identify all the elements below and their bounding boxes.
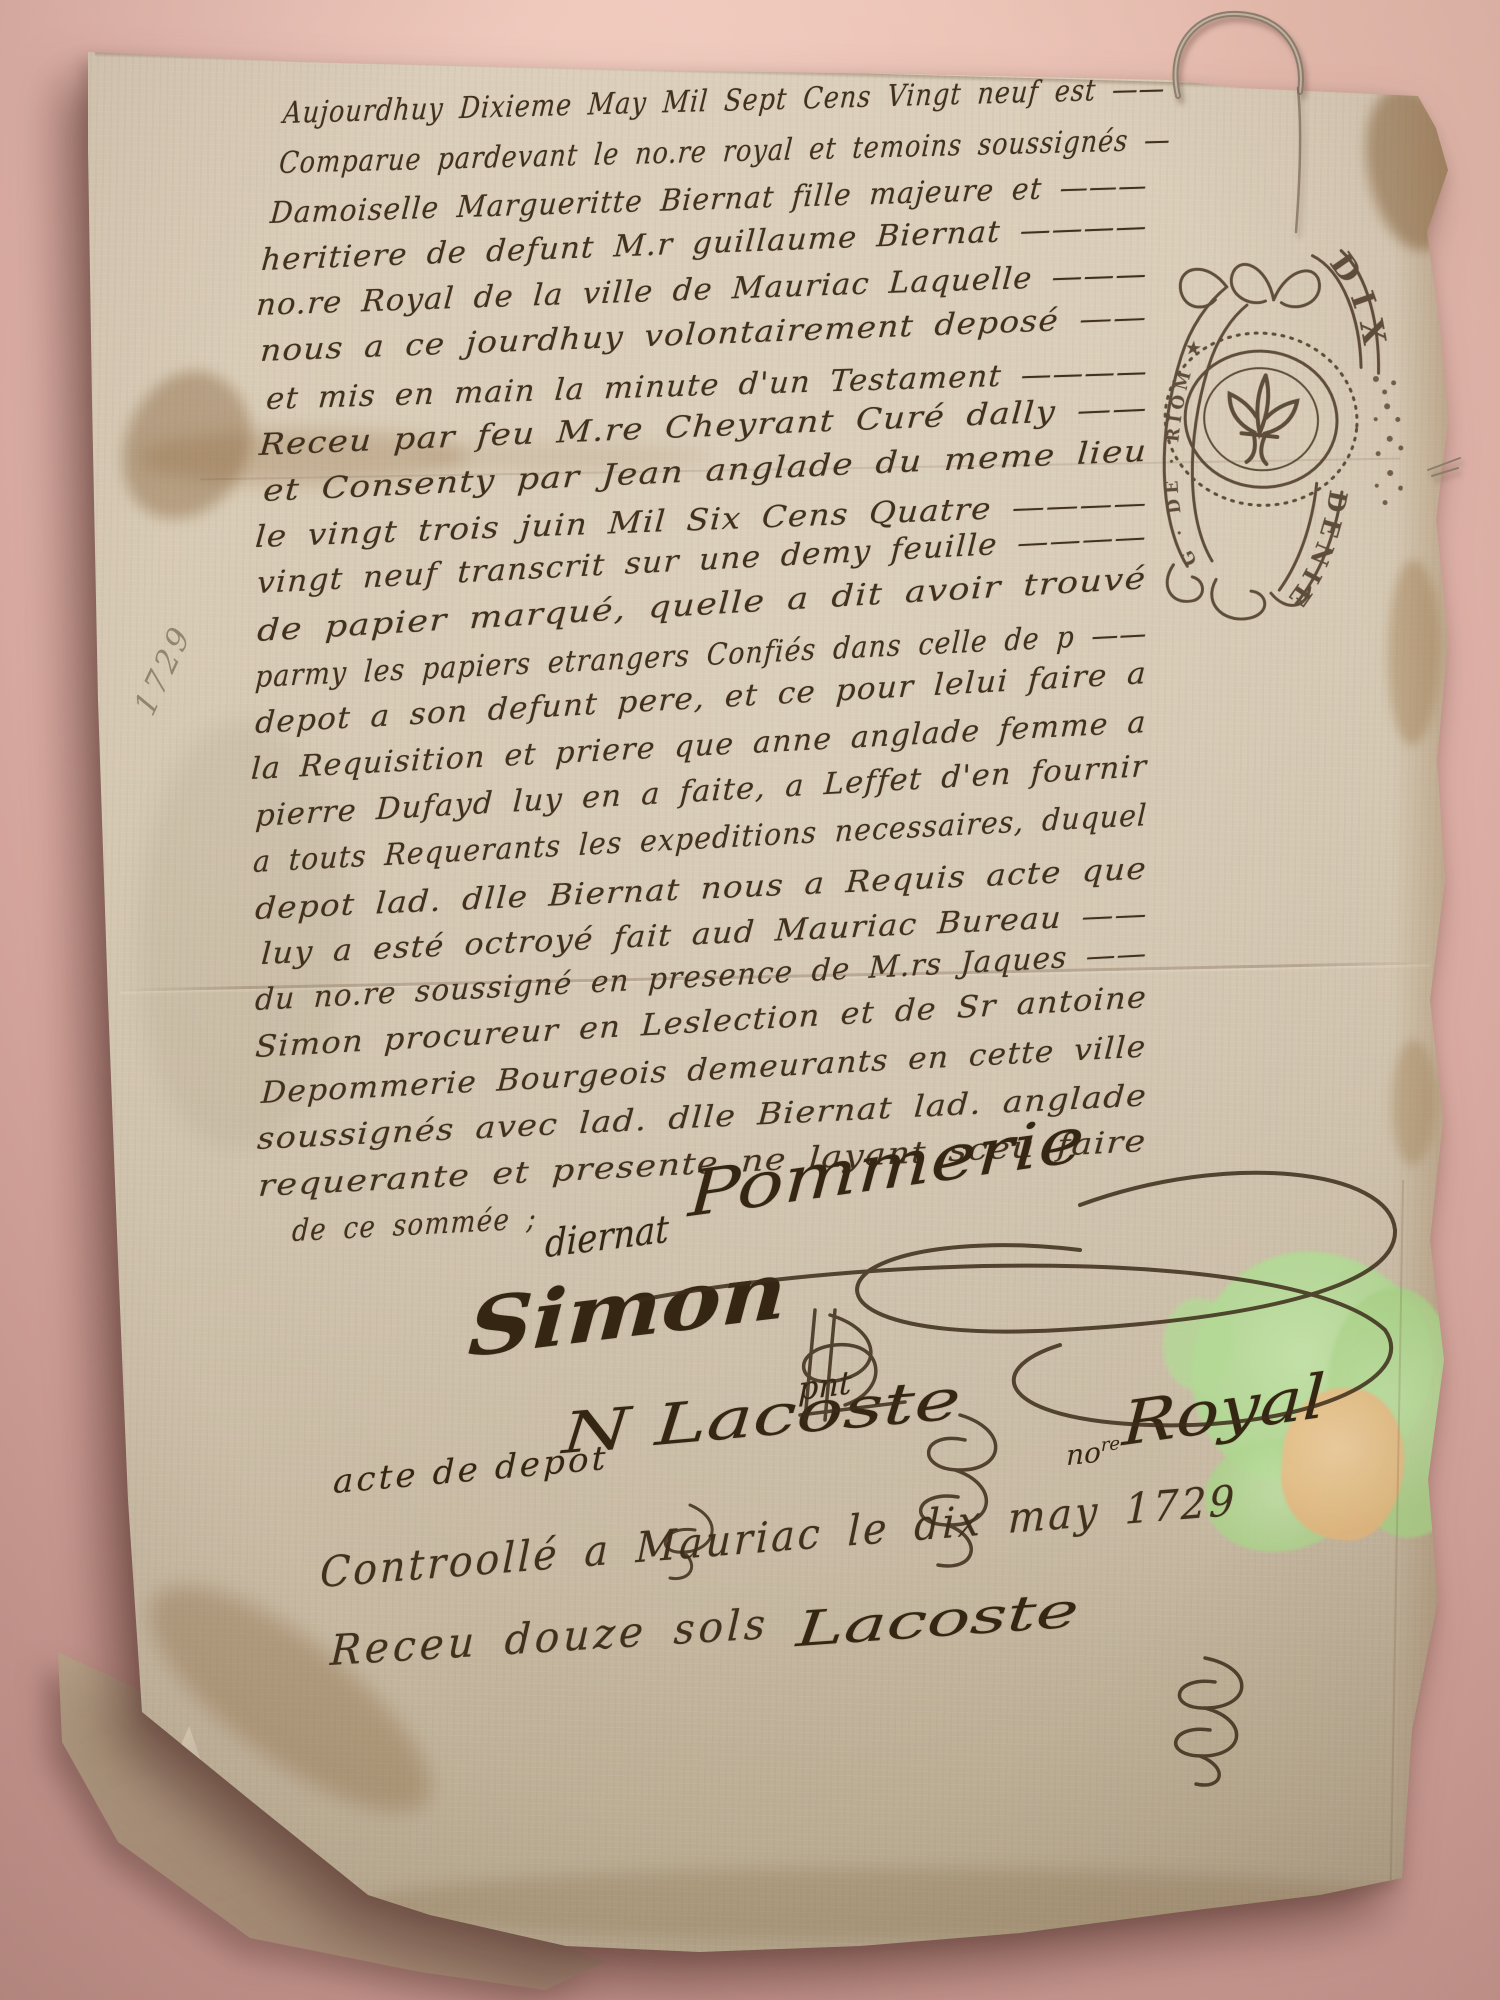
closing-phrase: de ce sommée ; bbox=[291, 1201, 538, 1249]
corner-browning bbox=[119, 1548, 461, 1852]
lacoste-control-paraph bbox=[1176, 1658, 1242, 1785]
fiscal-tax-stamp: G · DE · RIOM ★ DIX DENIE bbox=[1108, 216, 1428, 643]
signature-biernat: diernat bbox=[545, 1207, 669, 1267]
edge-browning bbox=[1388, 560, 1440, 745]
fleur-de-lis-icon bbox=[1223, 372, 1300, 467]
signature-simon: Simon bbox=[466, 1244, 789, 1375]
edge-browning bbox=[1394, 60, 1456, 1900]
notary-title-royal: Royal bbox=[1121, 1361, 1327, 1461]
manuscript-line: Aujourdhuy Dixieme May Mil Sept Cens Vin… bbox=[282, 71, 1167, 131]
folded-corner-flap bbox=[158, 1726, 210, 1798]
edge-browning bbox=[360, 1868, 1410, 1940]
pommerie-flourish bbox=[857, 1173, 1395, 1332]
green-paint-stain bbox=[1317, 1281, 1482, 1544]
control-fee-line: Receu douze sols bbox=[329, 1599, 770, 1675]
photo-backdrop: G · DE · RIOM ★ DIX DENIE Aujourdhuy Dix… bbox=[0, 0, 1500, 2000]
signature-lacoste-control: Lacoste bbox=[794, 1582, 1080, 1658]
notary-title-re: re bbox=[1101, 1433, 1120, 1456]
brown-stain bbox=[104, 354, 271, 539]
edge-browning bbox=[1392, 1040, 1436, 1165]
stamp-inner-oval bbox=[1199, 363, 1323, 476]
vertical-fold-crease bbox=[1390, 1180, 1404, 1880]
signature-lacoste: N Lacoste bbox=[561, 1367, 963, 1467]
control-registration-line: Controollé a Mauriac le dix may 1729 bbox=[319, 1476, 1237, 1597]
stamp-left-banner-text: G · DE · RIOM ★ bbox=[1150, 331, 1225, 570]
stamp-outer-oval bbox=[1178, 344, 1343, 495]
corner-browning bbox=[1352, 78, 1476, 259]
stamp-right-banner-text: DENIE bbox=[1278, 484, 1353, 620]
margin-year-note: 1729 bbox=[128, 618, 200, 722]
manuscript-page: G · DE · RIOM ★ DIX DENIE Aujourdhuy Dix… bbox=[0, 0, 1500, 2000]
stamp-floral-sprigs bbox=[1360, 376, 1415, 507]
stamp-top-banner-text: DIX bbox=[1313, 243, 1406, 363]
paper-sheet: G · DE · RIOM ★ DIX DENIE Aujourdhuy Dix… bbox=[0, 0, 1500, 2000]
notary-title-no: no bbox=[1066, 1435, 1101, 1472]
notary-title-abbreviation: nore bbox=[1066, 1433, 1120, 1472]
stamp-dotted-ring bbox=[1157, 324, 1366, 515]
stamp-scrollwork bbox=[1146, 234, 1391, 631]
